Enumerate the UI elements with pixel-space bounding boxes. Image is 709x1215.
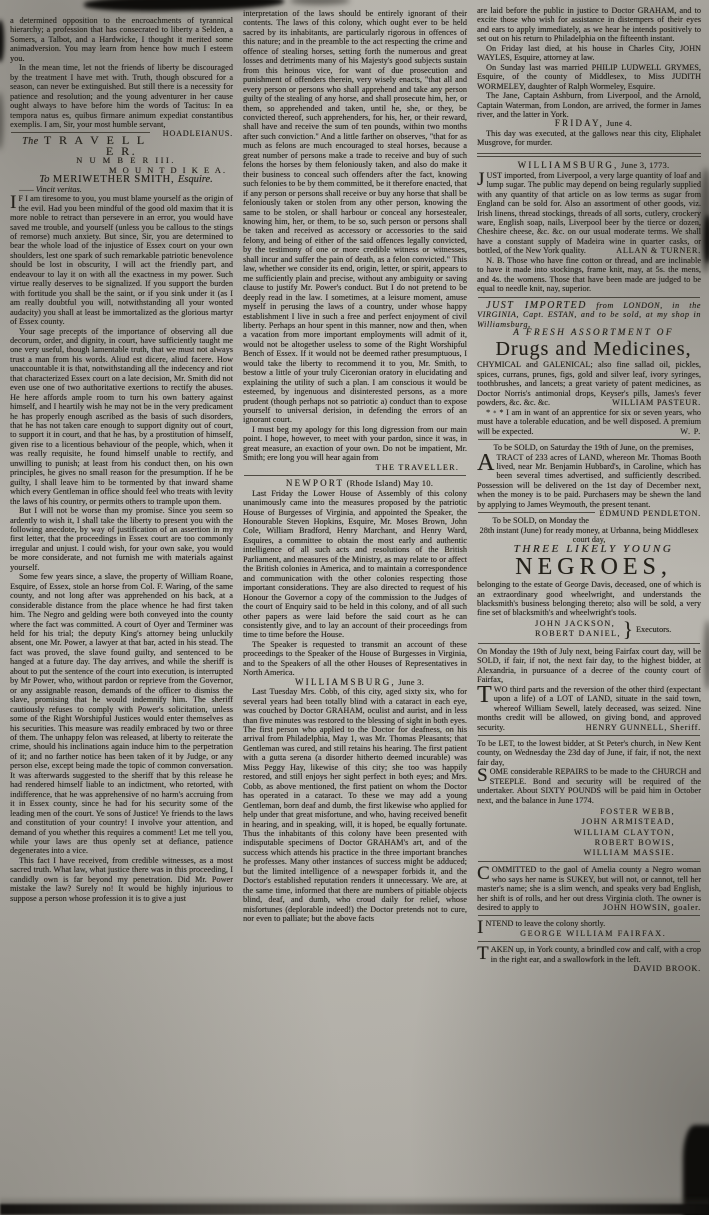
ad-land-heading: To be SOLD, on Saturday the 19th of June… — [477, 443, 701, 452]
ad-gaol: COMMITTED to the gaol of Amelia county a… — [477, 865, 701, 912]
section-rule — [478, 861, 700, 862]
ad-church-heading: To be LET, to the lowest bidder, at St P… — [477, 739, 701, 767]
executors-label: Executors. — [636, 625, 671, 634]
paragraph: Last Tuesday Mrs. Cobb, of this city, ag… — [243, 687, 467, 923]
dateline-date: (Rhode Island) May 10. — [344, 479, 433, 488]
drop-cap: S — [477, 767, 490, 784]
executor-name: JOHN JACKSON, — [535, 619, 621, 630]
signer-name: JOHN ARMISTEAD, — [477, 817, 675, 827]
news-item-shipping: The Jane, Captain Ashburn, from Liverpoo… — [477, 91, 701, 119]
ad-negroes-body: belonging to the estate of George Davis,… — [477, 580, 701, 618]
church-signers: FOSTER WEBB, JOHN ARMISTEAD, WILLIAM CLA… — [477, 807, 701, 858]
ad-text: TRACT of 233 acres of LAND, whereon Mr. … — [477, 453, 701, 509]
signer-name: FOSTER WEBB, — [477, 807, 675, 817]
ad-dateline: WILLIAMSBURG, June 3, 1773. — [477, 161, 701, 170]
dateline-date: June 4. — [604, 119, 632, 128]
news-item-death: On Friday last died, at his house in Cha… — [477, 44, 701, 63]
ad-drugs-body: CHYMICAL and GALENICAL; also fine sallad… — [477, 360, 701, 407]
ad-text: OME considerable REPAIRS to be made to t… — [477, 767, 701, 804]
scan-mark-right — [704, 215, 709, 263]
dateline-date: June 3, 1773. — [618, 161, 669, 170]
masthead-title: T R A V E L L E R. — [44, 133, 147, 157]
ad-drugs-title: Drugs and Medicines, — [477, 338, 701, 360]
dateline-date: June 3. — [396, 678, 424, 687]
executor-names: JOHN JACKSON, ROBERT DANIEL, — [535, 619, 621, 640]
section-rule — [478, 512, 595, 513]
ad-drugs-heading: JUST IMPORTED from LONDON, in the VIRGIN… — [477, 301, 701, 329]
paragraph: IF I am tiresome to you, you must blame … — [10, 194, 233, 326]
column-right: are laid before the public in justice to… — [477, 6, 701, 974]
dateline-city: WILLIAMSBURG, — [295, 677, 396, 687]
drop-cap: A — [477, 453, 496, 473]
signer-name: WILLIAM MASSIE. — [477, 848, 675, 858]
dateline-friday: FRIDAY, June 4. — [477, 119, 701, 128]
ad-drugs-note: *﹡* I am in want of an apprentice for si… — [477, 408, 701, 436]
letter-address: To MERIWETHER SMITH, Esquire. — [10, 175, 233, 184]
ad-cow: TAKEN up, in York county, a brindled cow… — [477, 945, 701, 964]
ad-text: AKEN up, in York county, a brindled cow … — [491, 945, 701, 963]
news-item-marriage: On Sunday last was married PHILIP LUDWEL… — [477, 63, 701, 91]
masthead-the: The — [22, 136, 39, 147]
address-esquire: Esquire. — [178, 174, 213, 185]
ad-text: UST imported, from Liverpool, a very lar… — [477, 171, 701, 256]
ad-intend: INTEND to leave the colony shortly.GEORG… — [477, 919, 701, 938]
section-rule — [478, 643, 700, 644]
scan-smudge-top — [290, 0, 350, 5]
ad-church-body: SOME considerable REPAIRS to be made to … — [477, 767, 701, 805]
paragraph: The Speaker is requested to transmit an … — [243, 640, 467, 678]
letter-motto: —— Vincit veritas. — [10, 185, 233, 194]
address-to: To — [39, 174, 49, 185]
address-name: MERIWETHER SMITH, — [53, 174, 175, 185]
paragraph-text: F I am tiresome to you, you must blame y… — [10, 194, 233, 326]
ad-negroes-line: THREE LIKELY YOUNG — [477, 545, 701, 554]
paragraph: a determined opposition to the encroachm… — [10, 16, 233, 63]
column-left: a determined opposition to the encroachm… — [10, 16, 233, 903]
ad-signature: HENRY GUNNELL, Sheriff. — [582, 723, 701, 732]
section-rule — [478, 297, 700, 298]
signer-name: WILLIAM CLAYTON, — [477, 828, 675, 838]
news-item-execution: This day was executed, at the gallows ne… — [477, 129, 701, 148]
ad-sugar: JUST imported, from Liverpool, a very la… — [477, 171, 701, 256]
paragraph-text: In the mean time, let not the friends of… — [10, 63, 233, 129]
brace-glyph: } — [621, 625, 636, 634]
section-rule — [478, 439, 700, 440]
ad-sugar-nb: N. B. Those who have fine cotton or thre… — [477, 256, 701, 294]
ad-lot-body: TWO third parts and the reversion of the… — [477, 685, 701, 732]
paragraph: Last Friday the Lower House of Assembly … — [243, 489, 467, 640]
paragraph: This fact I have received, from credible… — [10, 856, 233, 903]
ad-signature: GEORGE WILLIAM FAIRFAX. — [477, 929, 701, 938]
ad-negroes-title: NEGROES, — [477, 554, 701, 580]
ad-signature: EDMUND PENDLETON. — [595, 509, 701, 518]
ad-signature: W. P. — [667, 427, 701, 436]
signer-name: ROBERT BOWIS, — [477, 838, 675, 848]
dateline-williamsburg: WILLIAMSBURG, June 3. — [243, 678, 467, 687]
drop-cap: T — [477, 685, 494, 705]
paragraph: Some few years since, a slave, the prope… — [10, 572, 233, 856]
scan-mark-left-lower — [0, 92, 3, 150]
scan-mark-right-mid — [704, 620, 709, 690]
ad-text: NTEND to leave the colony shortly. — [485, 919, 605, 928]
paragraph: In the mean time, let not the friends of… — [10, 63, 233, 129]
section-rule — [478, 915, 700, 916]
scan-shadow-bottom — [0, 1204, 709, 1215]
ad-lead: JUST IMPORTED — [486, 300, 587, 311]
drop-cap: T — [477, 945, 491, 962]
dateline-day: FRIDAY, — [555, 118, 604, 128]
newspaper-page: a determined opposition to the encroachm… — [0, 0, 709, 1215]
section-rule — [11, 132, 150, 133]
ad-signature: ALLAN & TURNER. — [612, 246, 701, 255]
dateline-city: WILLIAMSBURG, — [518, 160, 619, 170]
traveller-masthead: The T R A V E L L E R. — [10, 136, 233, 156]
paragraph: interpretation of the laws should be ent… — [243, 9, 467, 425]
ad-lot-heading: On Monday the 19th of July next, being F… — [477, 647, 701, 685]
drop-cap: C — [477, 865, 492, 882]
paragraph: Your sage precepts of the importance of … — [10, 327, 233, 507]
executors-block: JOHN JACKSON, ROBERT DANIEL, } Executors… — [535, 619, 701, 640]
column-middle: interpretation of the laws should be ent… — [243, 9, 467, 924]
section-rule — [244, 475, 466, 476]
ad-drugs-subheading: A FRESH ASSORTMENT OF — [477, 329, 701, 338]
ad-negroes-heading: To be SOLD, on Monday the 28th instant (… — [477, 516, 701, 544]
ad-land-body: ATRACT of 233 acres of LAND, whereon Mr.… — [477, 453, 701, 510]
scan-mark-left-upper — [0, 20, 4, 62]
paragraph: I must beg my apology for this long digr… — [243, 425, 467, 463]
section-rule — [478, 735, 700, 736]
ad-signature: JOHN HOWSIN, goaler. — [599, 903, 701, 912]
ad-signature: WILLIAM PASTEUR. — [608, 398, 701, 407]
section-double-rule — [477, 153, 701, 158]
section-rule — [478, 941, 700, 942]
traveller-signature: THE TRAVELLER. — [243, 463, 467, 472]
dateline-newport: NEWPORT (Rhode Island) May 10. — [243, 479, 467, 488]
dateline-city: NEWPORT — [286, 478, 344, 488]
letter-signature: HOADLEIANUS. — [150, 129, 233, 138]
paragraph: But I will not be worse than my promise.… — [10, 506, 233, 572]
paragraph: are laid before the public in justice to… — [477, 6, 701, 44]
ad-signature: DAVID BROOK. — [629, 964, 701, 973]
executor-name: ROBERT DANIEL, — [535, 629, 621, 640]
